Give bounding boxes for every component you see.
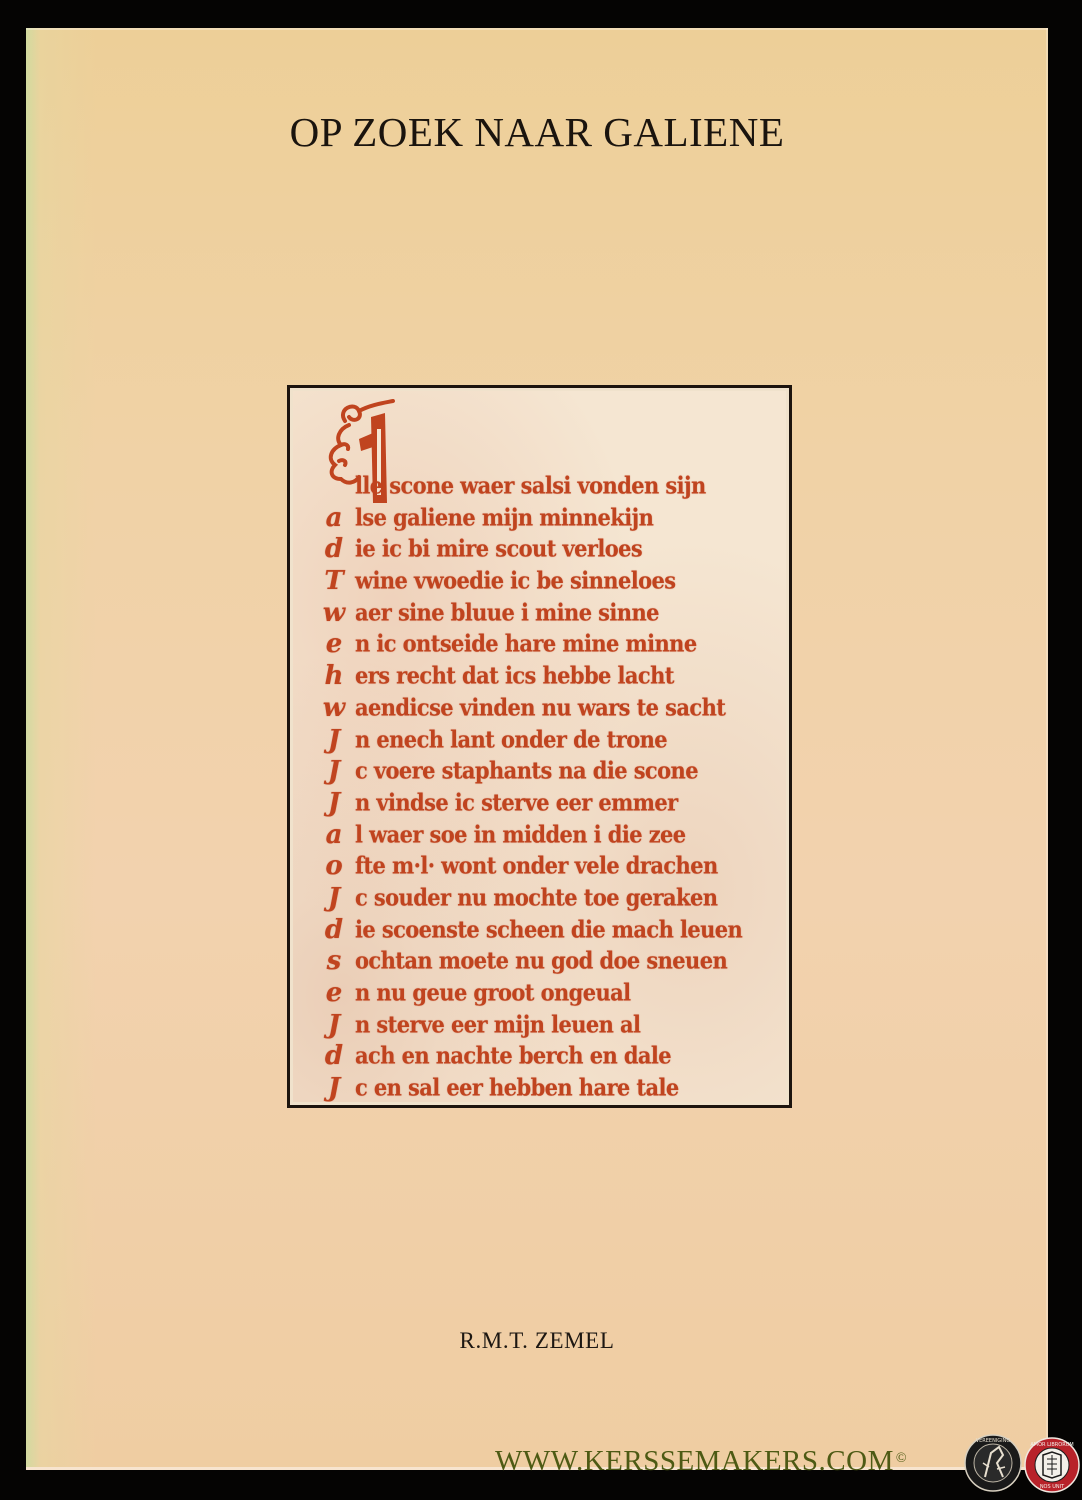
verse-line: en nu geue groot ongeual: [313, 978, 776, 1010]
verse-line: Twine vwoedie ic be sinneloes: [313, 566, 776, 598]
verse-line: hers recht dat ics hebbe lacht: [313, 661, 776, 693]
svg-text:AMOR LIBRORUM: AMOR LIBRORUM: [1030, 1442, 1073, 1448]
verse-line: Jc voere staphants na die scone: [313, 756, 776, 788]
verse-line: Jc en sal eer hebben hare tale: [313, 1073, 776, 1102]
verse-line: die ic bi mire scout verloes: [313, 534, 776, 566]
author-name: R.M.T. ZEMEL: [26, 1328, 1048, 1354]
copyright-symbol: ©: [896, 1451, 907, 1466]
watermark-text: WWW.KERSSEMAKERS.COM: [495, 1445, 894, 1477]
verse-line: Jn sterve eer mijn leuen al: [313, 1010, 776, 1042]
book-title: OP ZOEK NAAR GALIENE: [26, 108, 1048, 156]
verse-line: Jn vindse ic sterve eer emmer: [313, 788, 776, 820]
manuscript-image: Alle scone waer salsi vonden sijn alse g…: [293, 391, 786, 1102]
verse-line: Alle scone waer salsi vonden sijn: [313, 471, 776, 503]
manuscript-frame: Alle scone waer salsi vonden sijn alse g…: [287, 385, 792, 1108]
verse-line: Jc souder nu mochte toe geraken: [313, 883, 776, 915]
verse-line: die scoenste scheen die mach leuen: [313, 915, 776, 947]
watermark: WWW.KERSSEMAKERS.COM©: [495, 1446, 907, 1476]
nederlandsche-vereeniging-seal-icon: VEREENIGING: [963, 1433, 1023, 1493]
verse-line: ofte m·l· wont onder vele drachen: [313, 851, 776, 883]
verse-line: sochtan moete nu god doe sneuen: [313, 946, 776, 978]
verse-line: waer sine bluue i mine sinne: [313, 598, 776, 630]
verse-line: alse galiene mijn minnekijn: [313, 503, 776, 535]
verse-line: waendicse vinden nu wars te sacht: [313, 693, 776, 725]
svg-text:VEREENIGING: VEREENIGING: [976, 1438, 1011, 1444]
book-cover: OP ZOEK NAAR GALIENE Alle scone waer sal…: [26, 28, 1048, 1470]
svg-text:NOS UNIT: NOS UNIT: [1040, 1484, 1065, 1490]
verse-line: al waer soe in midden i die zee: [313, 820, 776, 852]
amor-librorum-seal-icon: AMOR LIBRORUM NOS UNIT: [1024, 1437, 1080, 1493]
verse-line: en ic ontseide hare mine minne: [313, 629, 776, 661]
verse-line: dach en nachte berch en dale: [313, 1041, 776, 1073]
manuscript-verse: Alle scone waer salsi vonden sijn alse g…: [313, 471, 776, 1102]
verse-line: Jn enech lant onder de trone: [313, 725, 776, 757]
